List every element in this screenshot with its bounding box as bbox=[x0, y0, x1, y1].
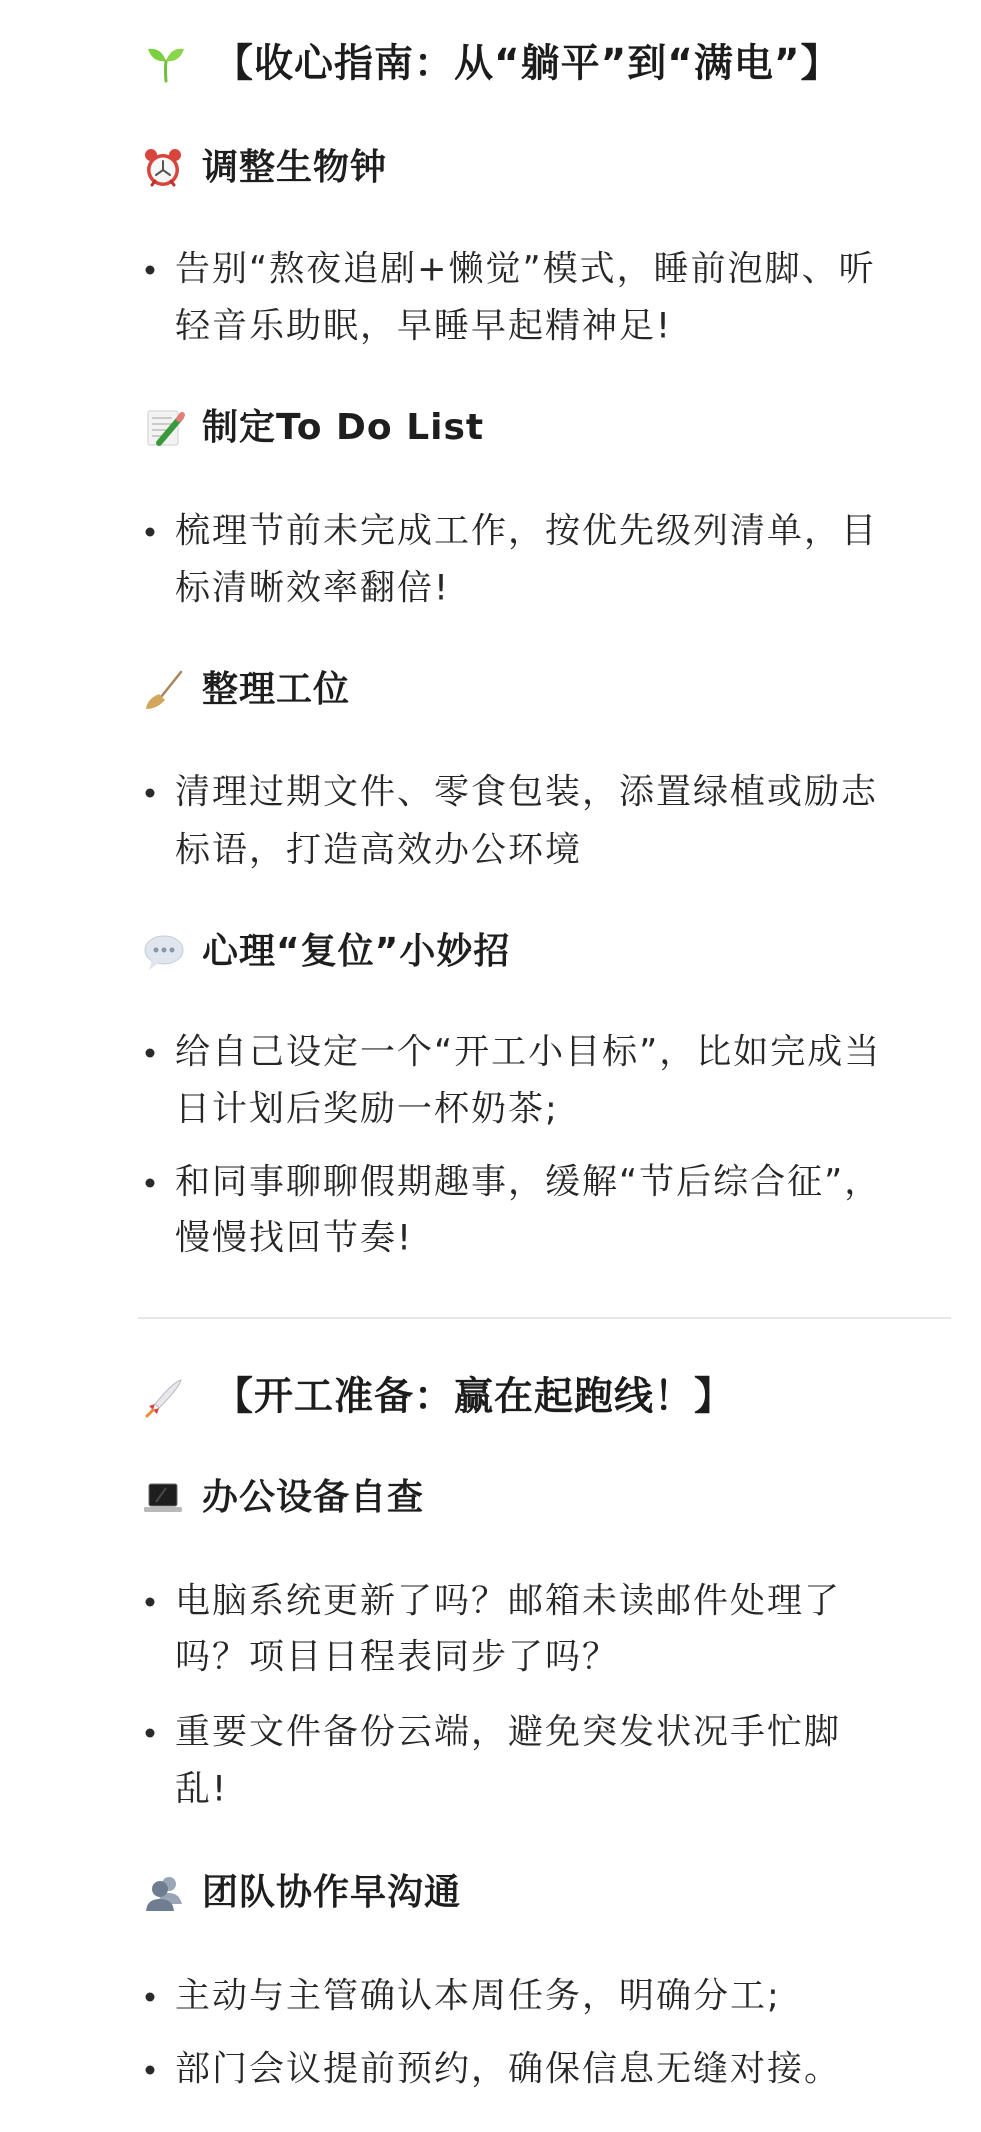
bullet-dot bbox=[146, 789, 155, 798]
list-item-line: 吗？项目日程表同步了吗？ bbox=[175, 1641, 619, 1676]
subsection-heading-bio-clock: 调整生物钟 bbox=[202, 150, 387, 186]
list-item-line: 主动与主管确认本周任务，明确分工; bbox=[175, 1980, 781, 2015]
bullet-dot bbox=[146, 266, 155, 275]
bullet-dot bbox=[146, 1179, 155, 1188]
subsection-heading-todo-list: 制定To Do List bbox=[202, 410, 484, 446]
list-item-line: 日计划后奖励一杯奶茶; bbox=[175, 1093, 559, 1128]
speech-bubble-icon bbox=[143, 931, 185, 973]
section-divider bbox=[138, 1317, 951, 1319]
section-title-return-guide: 【收心指南：从“躺平”到“满电”】 bbox=[214, 45, 841, 84]
list-item-line: 标清晰效率翻倍! bbox=[175, 572, 450, 607]
list-item-line: 部门会议提前预约，确保信息无缝对接。 bbox=[175, 2053, 841, 2088]
subsection-heading-equipment-check: 办公设备自查 bbox=[202, 1480, 424, 1516]
list-item-line: 重要文件备份云端，避免突发状况手忙脚 bbox=[175, 1716, 841, 1751]
bullet-dot bbox=[146, 528, 155, 537]
bullet-dot bbox=[146, 1729, 155, 1738]
broom-icon bbox=[143, 669, 185, 711]
bullet-dot bbox=[146, 1049, 155, 1058]
list-item-line: 和同事聊聊假期趣事，缓解“节后综合征”， bbox=[175, 1166, 881, 1201]
bullet-dot bbox=[146, 1598, 155, 1607]
list-item-line: 电脑系统更新了吗？邮箱未读邮件处理了 bbox=[175, 1585, 841, 1620]
list-item-line: 慢慢找回节奏! bbox=[175, 1222, 413, 1257]
list-item-line: 梳理节前未完成工作，按优先级列清单，目 bbox=[175, 515, 878, 550]
alarm-clock-icon bbox=[142, 147, 184, 189]
bullet-dot bbox=[146, 1993, 155, 2002]
subsection-heading-mental-reset: 心理“复位”小妙招 bbox=[202, 934, 510, 970]
subsection-heading-team-communication: 团队协作早沟通 bbox=[202, 1875, 461, 1911]
list-item-line: 乱! bbox=[175, 1773, 228, 1808]
list-item-line: 给自己设定一个“开工小目标”，比如完成当 bbox=[175, 1036, 881, 1071]
bullet-dot bbox=[146, 2066, 155, 2075]
busts-icon bbox=[142, 1872, 184, 1914]
list-item-line: 告别“熬夜追剧+懒觉”模式，睡前泡脚、听 bbox=[175, 253, 876, 288]
seedling-icon bbox=[145, 41, 187, 83]
list-item-line: 轻音乐助眠，早睡早起精神足! bbox=[175, 310, 672, 345]
list-item-line: 标语，打造高效办公环境 bbox=[175, 834, 582, 869]
memo-pencil-icon bbox=[145, 407, 187, 449]
list-item-line: 清理过期文件、零食包装，添置绿植或励志 bbox=[175, 776, 878, 811]
rocket-icon bbox=[143, 1376, 185, 1418]
laptop-icon bbox=[142, 1477, 184, 1519]
section-title-work-prep: 【开工准备：赢在起跑线！】 bbox=[214, 1378, 734, 1417]
subsection-heading-workspace: 整理工位 bbox=[202, 672, 350, 708]
